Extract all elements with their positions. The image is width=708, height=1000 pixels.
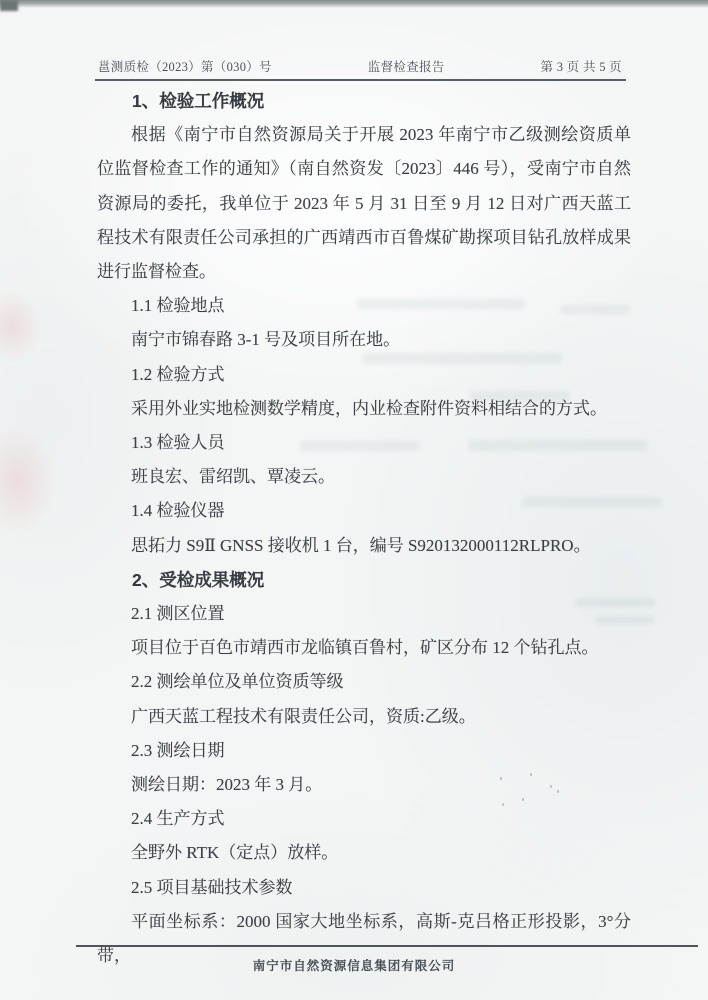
paragraph-inspection-instrument: 思拓力 S9Ⅱ GNSS 接收机 1 台，编号 S920132000112RLP…	[97, 529, 631, 563]
paragraph-production-method: 全野外 RTK（定点）放样。	[97, 836, 631, 870]
subheading-2-1: 2.1 测区位置	[97, 597, 631, 631]
scan-corner-artifact	[0, 0, 18, 11]
document-body: 1、检验工作概况 根据《南宁市自然资源局关于开展 2023 年南宁市乙级测绘资质…	[97, 84, 631, 973]
stamp-bleed-mark	[0, 425, 56, 537]
paragraph-survey-area: 项目位于百色市靖西市龙临镇百鲁村，矿区分布 12 个钻孔点。	[97, 631, 631, 665]
bleed-through-smudge	[595, 616, 655, 624]
header-report-title: 监督检查报告	[368, 57, 445, 75]
bleed-through-smudge	[357, 299, 525, 309]
subheading-2-4: 2.4 生产方式	[97, 802, 631, 836]
bleed-through-smudge	[522, 497, 662, 507]
subheading-2-2: 2.2 测绘单位及单位资质等级	[97, 665, 631, 699]
bleed-through-smudge	[300, 441, 420, 451]
bleed-through-smudge	[470, 391, 570, 401]
bleed-through-smudge	[560, 305, 630, 314]
speckle-artifact	[530, 773, 532, 776]
speckle-artifact	[557, 790, 559, 793]
page-header: 邕测质检（2023）第（030）号 监督检查报告 第 3 页 共 5 页	[98, 57, 622, 75]
paragraph-inspection-personnel: 班良宏、雷绍凯、覃凌云。	[97, 460, 631, 494]
section-heading-2: 2、受检成果概况	[97, 563, 631, 597]
scan-edge-artifact	[0, 0, 708, 8]
subheading-2-3: 2.3 测绘日期	[97, 734, 631, 768]
bleed-through-smudge	[362, 353, 562, 364]
subheading-2-5: 2.5 项目基础技术参数	[97, 871, 631, 905]
header-rule	[95, 79, 626, 81]
speckle-artifact	[500, 777, 502, 780]
section-heading-1: 1、检验工作概况	[97, 84, 631, 118]
bleed-through-smudge	[575, 598, 655, 607]
scanned-report-page: 邕测质检（2023）第（030）号 监督检查报告 第 3 页 共 5 页 1、检…	[0, 0, 708, 1000]
speckle-artifact	[522, 798, 524, 801]
stamp-bleed-mark	[0, 290, 42, 362]
header-doc-number: 邕测质检（2023）第（030）号	[98, 57, 272, 75]
speckle-artifact	[502, 803, 504, 806]
footer-company-name: 南宁市自然资源信息集团有限公司	[0, 956, 708, 974]
footer-rule	[76, 945, 698, 947]
bleed-through-smudge	[468, 440, 648, 451]
paragraph-survey-unit: 广西天蓝工程技术有限责任公司，资质:乙级。	[97, 700, 631, 734]
speckle-artifact	[550, 785, 552, 788]
header-page-indicator: 第 3 页 共 5 页	[541, 57, 622, 75]
intro-paragraph: 根据《南宁市自然资源局关于开展 2023 年南宁市乙级测绘资质单位监督检查工作的…	[97, 118, 631, 289]
